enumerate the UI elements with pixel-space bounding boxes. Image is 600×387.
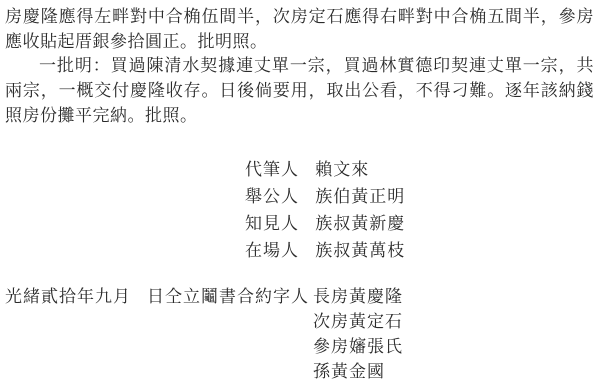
signatory-list: 長房黃慶隆 次房黃定石 參房嬸張氏 孫黃金國 bbox=[313, 284, 403, 384]
witness-role: 知見人 bbox=[245, 210, 310, 237]
witness-list: 代筆人 賴文來 舉公人 族伯黃正明 知見人 族叔黃新慶 在場人 族叔黃萬枝 bbox=[245, 156, 405, 264]
witness-role: 在場人 bbox=[245, 237, 310, 264]
body-line-4: 兩宗，一概交付慶隆收存。日後倘要用，取出公看，不得刁難。逐年該納錢糧銀， bbox=[5, 79, 594, 104]
witness-name: 賴文來 bbox=[315, 160, 369, 179]
date-text: 光緒貳拾年九月 bbox=[5, 284, 131, 309]
body-line-1: 房慶隆應得左畔對中合桷伍間半，次房定石應得右畔對中合桷五間半，參房張氏 bbox=[5, 5, 594, 30]
body-line-3: 一批明：買過陳清水契據連丈單一宗，買過林實德印契連丈單一宗，共計 bbox=[5, 54, 594, 79]
executor-label: 日仝立鬮書合約字人 bbox=[147, 284, 309, 309]
contract-body-text: 房慶隆應得左畔對中合桷伍間半，次房定石應得右畔對中合桷五間半，參房張氏 應收貼起… bbox=[5, 5, 594, 128]
witness-name: 族叔黃萬枝 bbox=[315, 241, 405, 260]
witness-role: 舉公人 bbox=[245, 183, 310, 210]
witness-row: 知見人 族叔黃新慶 bbox=[245, 210, 405, 237]
witness-row: 代筆人 賴文來 bbox=[245, 156, 405, 183]
signatory: 參房嬸張氏 bbox=[313, 334, 403, 359]
signatory: 長房黃慶隆 bbox=[313, 284, 403, 309]
body-line-5: 照房份攤平完納。批照。 bbox=[5, 104, 594, 129]
witness-row: 舉公人 族伯黃正明 bbox=[245, 183, 405, 210]
witness-name: 族叔黃新慶 bbox=[315, 214, 405, 233]
witness-role: 代筆人 bbox=[245, 156, 310, 183]
body-line-2: 應收貼起厝銀參拾圓正。批明照。 bbox=[5, 30, 594, 55]
contract-document-page: 房慶隆應得左畔對中合桷伍間半，次房定石應得右畔對中合桷五間半，參房張氏 應收貼起… bbox=[0, 0, 600, 387]
signatory: 次房黃定石 bbox=[313, 309, 403, 334]
witness-name: 族伯黃正明 bbox=[315, 187, 405, 206]
witness-row: 在場人 族叔黃萬枝 bbox=[245, 237, 405, 264]
signatory: 孫黃金國 bbox=[313, 359, 403, 384]
